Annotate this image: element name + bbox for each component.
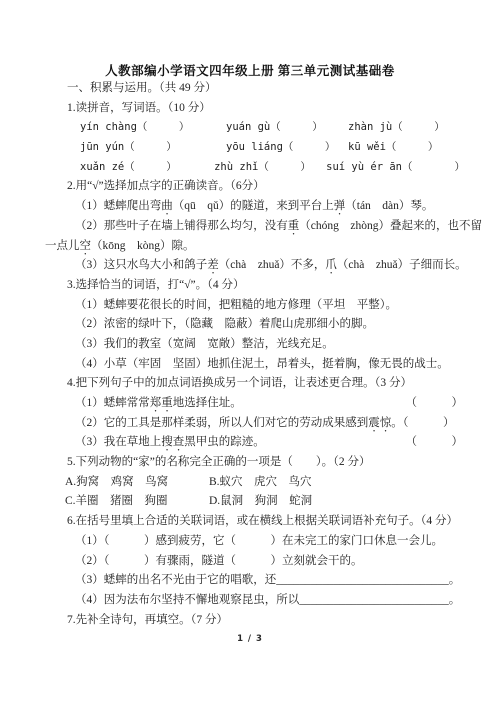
question-1-heading: 1.读拼音，写词语。（10 分） bbox=[67, 99, 465, 119]
line-text: （2）（ ）有骤雨，隧道（ ）立刻就会干的。 bbox=[75, 552, 363, 572]
q4-item-1: （1）蟋蟀常常郑重地选择住址。（ ） bbox=[75, 394, 465, 414]
line-cell: suí yù ér ān（ ） bbox=[326, 158, 465, 178]
line-text: （2）它的工具是那样柔弱，所以人们对它的劳动成果感到震惊。（ ） bbox=[75, 414, 455, 435]
line-text: （1）蟋蟀爬出弯曲（qū qǔ）的隧道，来到平台上弹（tán dàn）琴。 bbox=[75, 197, 433, 218]
emphasized-char: 重 bbox=[161, 397, 173, 409]
line-text: （3）我在草地上搜查黑甲虫的踪迹。 bbox=[75, 433, 265, 454]
q2-item-1: （1）蟋蟀爬出弯曲（qū qǔ）的隧道，来到平台上弹（tán dàn）琴。 bbox=[75, 197, 465, 217]
line-text: 3.选择恰当的词语，打“√”。（4 分） bbox=[67, 276, 245, 296]
pinyin-row-2: jūn yún（ ）yōu liáng（ ）kū wěi（ ） bbox=[80, 138, 465, 158]
line-text: （1）（ ）感到疲劳，它（ ）在未完工的家门口休息一会儿。 bbox=[75, 532, 443, 552]
q4-item-3: （3）我在草地上搜查黑甲虫的踪迹。（ ） bbox=[75, 433, 465, 453]
line-text: （1）蟋蟀要花很长的时间，把粗糙的地方修理（平坦 平整）。 bbox=[75, 296, 397, 316]
line-text: （3）这只水鸟大小和鸽子差（chà zhuǎ）不多，爪（chà zhuǎ）子细而… bbox=[75, 256, 467, 277]
line-cell: C.羊圈 猪圈 狗圈 bbox=[65, 492, 209, 512]
line-cell: D.鼠洞 狗洞 蛇洞 bbox=[209, 492, 312, 512]
answer-blank-parens: （ ） bbox=[406, 433, 464, 453]
line-text: （4）小草（牢固 坚固）地抓住泥土，昂着头，挺着胸，像无畏的战士。 bbox=[75, 355, 449, 375]
line-text: 5.下列动物的“家”的名称完全正确的一项是（ ）。（2 分） bbox=[67, 453, 370, 473]
line-text: 6.在括号里填上合适的关联词语，或在横线上根据关联词语补充句子。（4 分） bbox=[67, 512, 458, 532]
emphasized-char: 爪 bbox=[325, 259, 337, 271]
emphasized-char: 搜 bbox=[161, 436, 173, 448]
line-text: （3）蟋蟀的出名不光由于它的唱歌，还______________________… bbox=[75, 571, 460, 591]
line-cell: xuǎn zé（ ） bbox=[80, 158, 214, 178]
q2-item-3: （3）这只水鸟大小和鸽子差（chà zhuǎ）不多，爪（chà zhuǎ）子细而… bbox=[75, 256, 465, 276]
emphasized-char: 震 bbox=[368, 417, 380, 429]
line-cell: jūn yún（ ） bbox=[80, 138, 226, 158]
line-text: 1.读拼音，写词语。（10 分） bbox=[67, 99, 211, 119]
line-text: （2）那些叶子在墙上铺得那么均匀，没有重（chóng zhòng）叠起来的，也不… bbox=[75, 217, 482, 238]
q6-item-3: （3）蟋蟀的出名不光由于它的唱歌，还______________________… bbox=[75, 571, 465, 591]
page-number: 1 / 3 bbox=[0, 634, 500, 644]
line-cell: kū wěi（ ） bbox=[348, 138, 438, 158]
document-title: 人教部编小学语文四年级上册 第三单元测试基础卷 bbox=[0, 61, 500, 79]
line-cell: A.狗窝 鸡窝 鸟窝 bbox=[65, 473, 209, 493]
q5-options-ab: A.狗窝 鸡窝 鸟窝B.蚁穴 虎穴 鸟穴 bbox=[65, 473, 465, 493]
line-cell: yín chàng（ ） bbox=[80, 118, 226, 138]
line-cell: zhàn jù（ ） bbox=[348, 118, 445, 138]
line-text: 7.先补全诗句，再填空。（7 分） bbox=[67, 611, 228, 631]
answer-blank-parens: （ ） bbox=[406, 394, 464, 414]
q6-item-2: （2）（ ）有骤雨，隧道（ ）立刻就会干的。 bbox=[75, 552, 465, 572]
line-text: 2.用“√”选择加点字的正确读音。（6分） bbox=[67, 177, 265, 197]
emphasized-char: 惊 bbox=[380, 417, 392, 429]
line-text: （4）因为法布尔坚持不懈地观察昆虫，所以____________________… bbox=[75, 591, 460, 611]
q6-item-4: （4）因为法布尔坚持不懈地观察昆虫，所以____________________… bbox=[75, 591, 465, 611]
line-cell: yuán gù（ ） bbox=[226, 118, 348, 138]
test-paper-page: { "page": { "title": "人教部编小学语文四年级上册 第三单元… bbox=[0, 0, 500, 707]
q3-item-2: （2）浓密的绿叶下，（隐藏 隐蔽）着爬山虎那细小的脚。 bbox=[75, 315, 465, 335]
emphasized-char: 弹 bbox=[334, 200, 346, 212]
line-text: （3）我们的教室（宽阔 宽敞）整洁，光线充足。 bbox=[75, 335, 334, 355]
q4-item-2: （2）它的工具是那样柔弱，所以人们对它的劳动成果感到震惊。（ ） bbox=[75, 414, 465, 434]
q3-item-4: （4）小草（牢固 坚固）地抓住泥土，昂着头，挺着胸，像无畏的战士。 bbox=[75, 355, 465, 375]
question-7-heading: 7.先补全诗句，再填空。（7 分） bbox=[67, 611, 465, 631]
question-4-heading: 4.把下列句子中的加点词语换成另一个词语，让表述更合理。（3 分） bbox=[67, 374, 465, 394]
q5-options-cd: C.羊圈 猪圈 狗圈D.鼠洞 狗洞 蛇洞 bbox=[65, 492, 465, 512]
line-text: （2）浓密的绿叶下，（隐藏 隐蔽）着爬山虎那细小的脚。 bbox=[75, 315, 374, 335]
line-text: （1）蟋蟀常常郑重地选择住址。 bbox=[75, 394, 242, 415]
line-cell: zhù zhǐ（ ） bbox=[214, 158, 326, 178]
q2-item-2-cont: 一点儿空（kōng kòng）隙。 bbox=[45, 237, 465, 257]
line-cell: B.蚁穴 虎穴 鸟穴 bbox=[209, 473, 312, 493]
question-2-heading: 2.用“√”选择加点字的正确读音。（6分） bbox=[67, 177, 465, 197]
emphasized-char: 重 bbox=[288, 220, 300, 232]
document-body: 一、积累与运用。（共 49 分）1.读拼音，写词语。（10 分）yín chàn… bbox=[45, 79, 465, 630]
question-5-heading: 5.下列动物的“家”的名称完全正确的一项是（ ）。（2 分） bbox=[67, 453, 465, 473]
q6-item-1: （1）（ ）感到疲劳，它（ ）在未完工的家门口休息一会儿。 bbox=[75, 532, 465, 552]
line-text: 一点儿空（kōng kòng）隙。 bbox=[45, 237, 195, 258]
q3-item-1: （1）蟋蟀要花很长的时间，把粗糙的地方修理（平坦 平整）。 bbox=[75, 296, 465, 316]
line-text: 一、积累与运用。（共 49 分） bbox=[67, 79, 217, 99]
line-cell: yōu liáng（ ） bbox=[226, 138, 348, 158]
section-1-heading: 一、积累与运用。（共 49 分） bbox=[67, 79, 465, 99]
emphasized-char: 郑 bbox=[150, 397, 162, 409]
line-text: 4.把下列句子中的加点词语换成另一个词语，让表述更合理。（3 分） bbox=[67, 374, 412, 394]
emphasized-char: 差 bbox=[207, 259, 219, 271]
q2-item-2: （2）那些叶子在墙上铺得那么均匀，没有重（chóng zhòng）叠起来的，也不… bbox=[75, 217, 465, 237]
pinyin-row-3: xuǎn zé（ ）zhù zhǐ（ ）suí yù ér ān（ ） bbox=[80, 158, 465, 178]
pinyin-row-1: yín chàng（ ）yuán gù（ ）zhàn jù（ ） bbox=[80, 118, 465, 138]
emphasized-char: 查 bbox=[173, 436, 185, 448]
q3-item-3: （3）我们的教室（宽阔 宽敞）整洁，光线充足。 bbox=[75, 335, 465, 355]
emphasized-char: 空 bbox=[80, 240, 92, 252]
question-6-heading: 6.在括号里填上合适的关联词语，或在横线上根据关联词语补充句子。（4 分） bbox=[67, 512, 465, 532]
emphasized-char: 曲 bbox=[161, 200, 173, 212]
question-3-heading: 3.选择恰当的词语，打“√”。（4 分） bbox=[67, 276, 465, 296]
